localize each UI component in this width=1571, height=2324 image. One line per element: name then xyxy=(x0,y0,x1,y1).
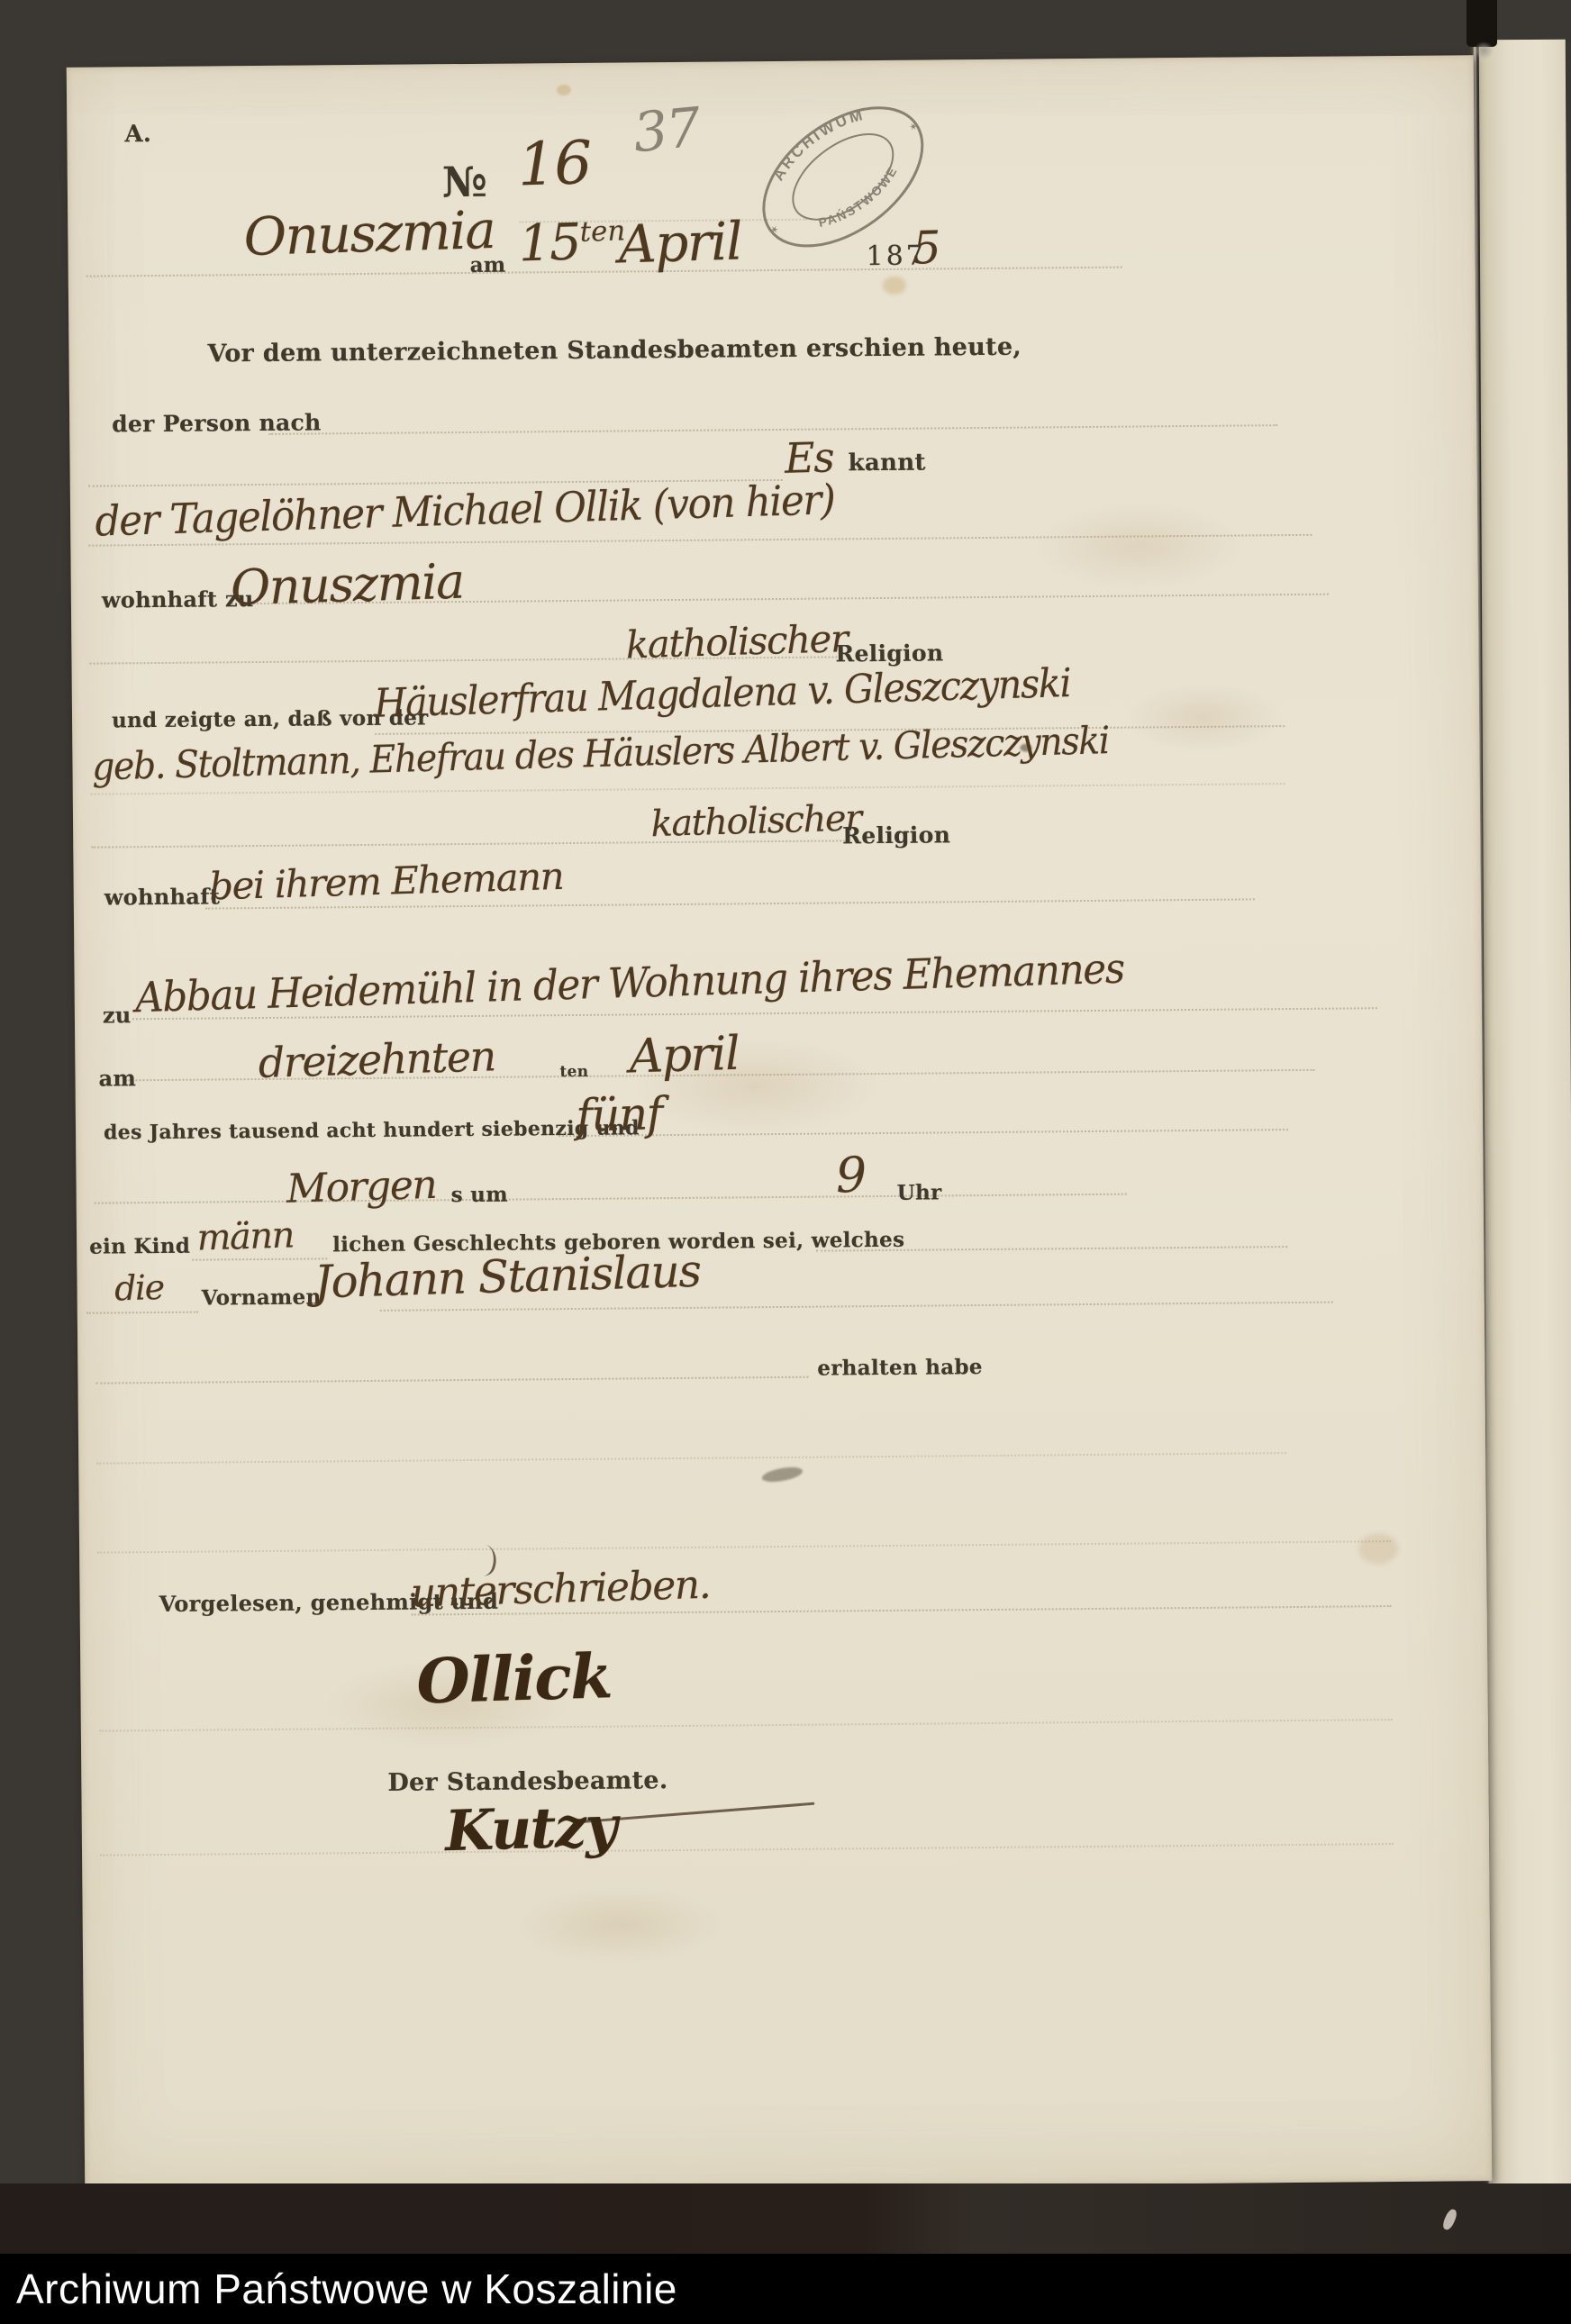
form-section-letter: A. xyxy=(124,121,151,148)
binding-gap xyxy=(1467,0,1497,47)
dateline-day-handwriting: 15ten xyxy=(518,212,627,273)
binding-highlight xyxy=(1474,41,1494,59)
year-line-printed: des Jahres tausend acht hundert siebenzi… xyxy=(104,1116,640,1144)
day-number: 15 xyxy=(518,213,581,273)
book-binding-strip xyxy=(0,2183,1571,2256)
dotted-line xyxy=(268,424,1277,435)
ink-smudge xyxy=(761,1465,804,1484)
wohnhaft-printed: wohnhaft xyxy=(104,883,221,910)
archive-stamp: ARCHIWUM PAŃSTWOWE ✶ ✶ xyxy=(739,84,948,270)
dateline-place-handwriting: Onuszmia xyxy=(243,199,496,268)
dotted-line xyxy=(91,783,1285,795)
child-names-handwriting: Johann Stanislaus xyxy=(313,1245,701,1309)
record-number-value: 16 xyxy=(517,128,592,199)
paper-stain xyxy=(557,85,571,95)
dotted-line xyxy=(100,1843,1394,1856)
erhalten-habe-printed: erhalten habe xyxy=(817,1355,983,1381)
adjacent-page-edge xyxy=(1479,40,1571,2192)
declarant-signature: Ollick xyxy=(415,1640,613,1718)
birthmonth-handwriting: April xyxy=(629,1027,740,1085)
person-nach-printed: der Person nach xyxy=(112,409,322,437)
dotted-line xyxy=(95,1194,1127,1204)
svg-text:PAŃSTWOWE: PAŃSTWOWE xyxy=(813,160,907,239)
svg-text:ARCHIWUM: ARCHIWUM xyxy=(762,96,872,188)
ein-kind-printed: ein Kind xyxy=(89,1234,190,1259)
religion1-printed: Religion xyxy=(835,640,943,667)
religion2-handwriting: katholischer xyxy=(650,797,861,845)
document-page: A. № 16 37 Onuszmia am 15ten April 187 5… xyxy=(67,55,1493,2193)
archive-watermark-bar: Archiwum Państwowe w Koszalinie xyxy=(0,2254,1571,2324)
signature-flourish-stroke xyxy=(583,1802,814,1823)
ink-bleedthrough xyxy=(511,1884,728,1966)
closing-handwriting: unterschrieben. xyxy=(410,1562,711,1617)
dotted-line xyxy=(380,1302,1333,1312)
religion1-handwriting: katholischer xyxy=(625,616,848,667)
paper-stain xyxy=(883,277,906,295)
ink-bleedthrough xyxy=(1122,680,1285,754)
gender-handwriting: männ xyxy=(196,1214,295,1258)
stamp-star-left-icon: ✶ xyxy=(767,222,782,237)
die-handwriting: die xyxy=(114,1267,164,1309)
archive-watermark-label: Archiwum Państwowe w Koszalinie xyxy=(16,2254,677,2324)
ten-printed: ten xyxy=(559,1063,588,1081)
intro-printed: Vor dem unterzeichneten Standesbeamten e… xyxy=(207,333,1022,368)
ink-bleedthrough xyxy=(1031,500,1248,592)
pencil-annotation: 37 xyxy=(631,96,703,166)
religion2-printed: Religion xyxy=(842,822,950,849)
stamp-text-top: ARCHIWUM xyxy=(762,96,872,188)
s-um-printed: s um xyxy=(451,1183,508,1208)
daytime-handwriting: Morgen xyxy=(286,1162,437,1212)
dateline-am-printed: am xyxy=(470,253,506,277)
vornamen-printed: Vornamen xyxy=(202,1285,322,1310)
official-title-printed: Der Standesbeamte. xyxy=(387,1766,667,1797)
residence-handwriting: Onuszmia xyxy=(230,553,464,617)
dotted-line xyxy=(95,1376,808,1384)
mother-name-handwriting: Häuslerfrau Magdalena v. Gleszczynski xyxy=(374,660,1071,727)
birthday-handwriting: dreizehnten xyxy=(258,1031,495,1087)
paper-stain xyxy=(1358,1533,1398,1564)
am2-printed: am xyxy=(98,1065,136,1091)
known-printed: kannt xyxy=(848,449,925,477)
residence2-handwriting: bei ihrem Ehemann xyxy=(208,854,563,909)
dotted-line xyxy=(96,1452,1286,1465)
year-word-handwriting: fünf xyxy=(575,1087,662,1142)
zu-printed: zu xyxy=(103,1002,132,1028)
hour-handwriting: 9 xyxy=(835,1146,867,1203)
official-signature: Kutzy xyxy=(444,1793,617,1865)
dotted-line xyxy=(86,1312,198,1314)
dotted-line xyxy=(97,1540,1391,1554)
uhr-printed: Uhr xyxy=(897,1180,942,1204)
dotted-line xyxy=(99,1719,1393,1732)
stamp-text-bottom: PAŃSTWOWE xyxy=(813,160,907,239)
dateline-month-handwriting: April xyxy=(618,210,742,275)
